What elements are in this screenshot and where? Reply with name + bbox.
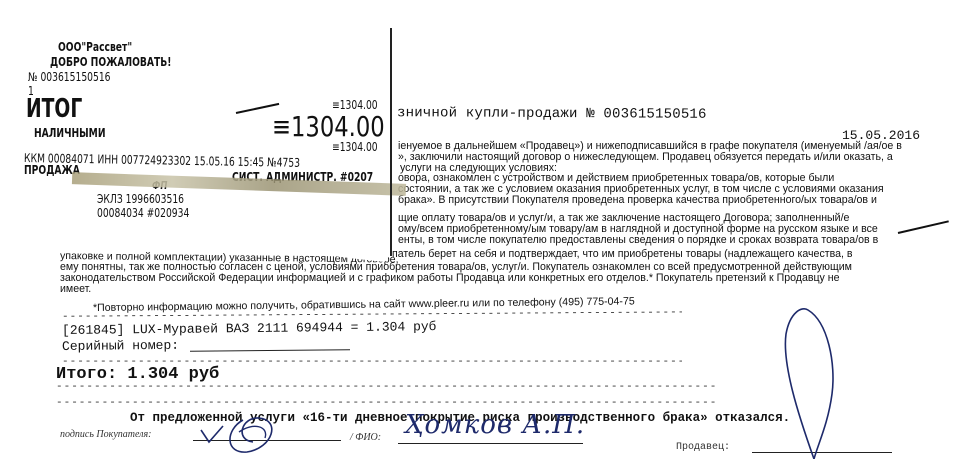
receipt-edge xyxy=(390,28,392,256)
separator: ----------------------------------------… xyxy=(56,397,716,409)
fio-field xyxy=(398,443,583,444)
receipt-payment-amount: ≡1304.00 xyxy=(332,140,378,154)
buyer-signature-icon xyxy=(195,412,305,458)
serial-number-field xyxy=(190,349,350,351)
pen-mark xyxy=(898,220,949,234)
contract-text-line: патель берет на себя и подтверждает, что… xyxy=(392,248,853,260)
fio-label: / ФИО: xyxy=(350,432,381,443)
receipt-total-label: ИТОГ xyxy=(26,94,82,124)
contract-text-line: енты, в том числе покупателю предоставле… xyxy=(398,234,878,246)
contract-text-line: имеет. xyxy=(60,283,91,295)
receipt-doc-code: 00084034 #020934 xyxy=(97,206,189,220)
seller-signature-icon xyxy=(778,304,858,459)
receipt-number: № 003615150516 xyxy=(28,70,111,84)
serial-number-label: Серийный номер: xyxy=(62,338,179,354)
fio-handwritten: Ҳомков А.П. xyxy=(405,410,585,440)
buyer-signature-label: подпись Покупателя: xyxy=(60,429,152,440)
receipt-total-big: ≡1304.00 xyxy=(272,110,385,143)
contract-text-line: законодательством Российской Федерации и… xyxy=(60,272,840,284)
contract-title: зничной купли-продажи № 003615150516 xyxy=(397,105,707,123)
receipt-company: ООО"Рассвет" xyxy=(58,40,132,54)
contract-text-line: брака». В присутствии Покупателя проведе… xyxy=(398,194,877,206)
item-line: [261845] LUX-Муравей ВАЗ 2111 694944 = 1… xyxy=(62,319,437,338)
receipt-greeting: ДОБРО ПОЖАЛОВАТЬ! xyxy=(50,55,171,69)
seller-label: Продавец: xyxy=(676,442,730,453)
receipt-eklz: ЭКЛЗ 1996603516 xyxy=(97,192,184,206)
receipt-payment-type: НАЛИЧНЫМИ xyxy=(34,126,106,140)
separator: ----------------------------------------… xyxy=(56,381,716,393)
